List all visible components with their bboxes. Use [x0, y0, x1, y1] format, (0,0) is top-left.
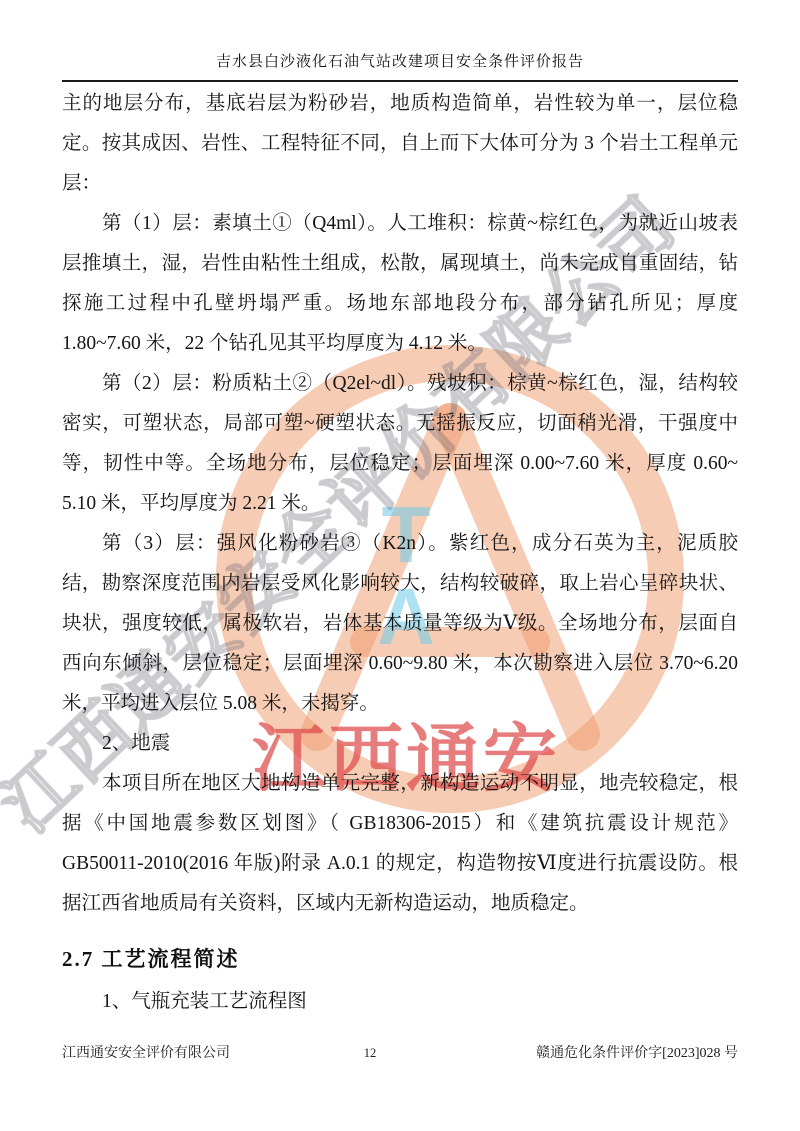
page-footer: 江西通安安全评价有限公司 12 赣通危化条件评价字[2023]028 号 — [62, 1042, 738, 1062]
paragraph-layer-3: 第（3）层：强风化粉砂岩③（K2n）。紫红色，成分石英为主，泥质胶结，勘察深度范… — [62, 524, 738, 724]
paragraph-flow-diagram: 1、气瓶充装工艺流程图 — [62, 982, 738, 1022]
section-heading-2-7: 2.7 工艺流程简述 — [62, 944, 738, 974]
document-page: T A 江西通安安全评价有限公司 江西通安 吉水县白沙液化石油气站改建项目安全条… — [0, 0, 800, 1131]
paragraph-layer-2: 第（2）层：粉质粘土②（Q2el~dl）。残坡积：棕黄~棕红色，湿，结构较密实，… — [62, 364, 738, 524]
footer-company-name: 江西通安安全评价有限公司 — [62, 1042, 394, 1062]
paragraph-earthquake-body: 本项目所在地区大地构造单元完整，新构造运动不明显，地壳较稳定，根据《中国地震参数… — [62, 764, 738, 924]
page-content: 吉水县白沙液化石油气站改建项目安全条件评价报告 主的地层分布，基底岩层为粉砂岩，… — [0, 0, 800, 1022]
header-divider — [62, 80, 738, 82]
body-text: 主的地层分布，基底岩层为粉砂岩，地质构造简单，岩性较为单一，层位稳定。按其成因、… — [62, 84, 738, 1022]
paragraph-layer-1: 第（1）层：素填土①（Q4ml）。人工堆积：棕黄~棕红色，为就近山坡表层推填土，… — [62, 204, 738, 364]
page-header: 吉水县白沙液化石油气站改建项目安全条件评价报告 — [62, 50, 738, 82]
footer-page-number: 12 — [364, 1046, 377, 1061]
paragraph-continued: 主的地层分布，基底岩层为粉砂岩，地质构造简单，岩性较为单一，层位稳定。按其成因、… — [62, 84, 738, 204]
footer-document-number: 赣通危化条件评价字[2023]028 号 — [406, 1042, 738, 1062]
paragraph-earthquake-subheading: 2、地震 — [62, 724, 738, 764]
report-title: 吉水县白沙液化石油气站改建项目安全条件评价报告 — [62, 50, 738, 71]
